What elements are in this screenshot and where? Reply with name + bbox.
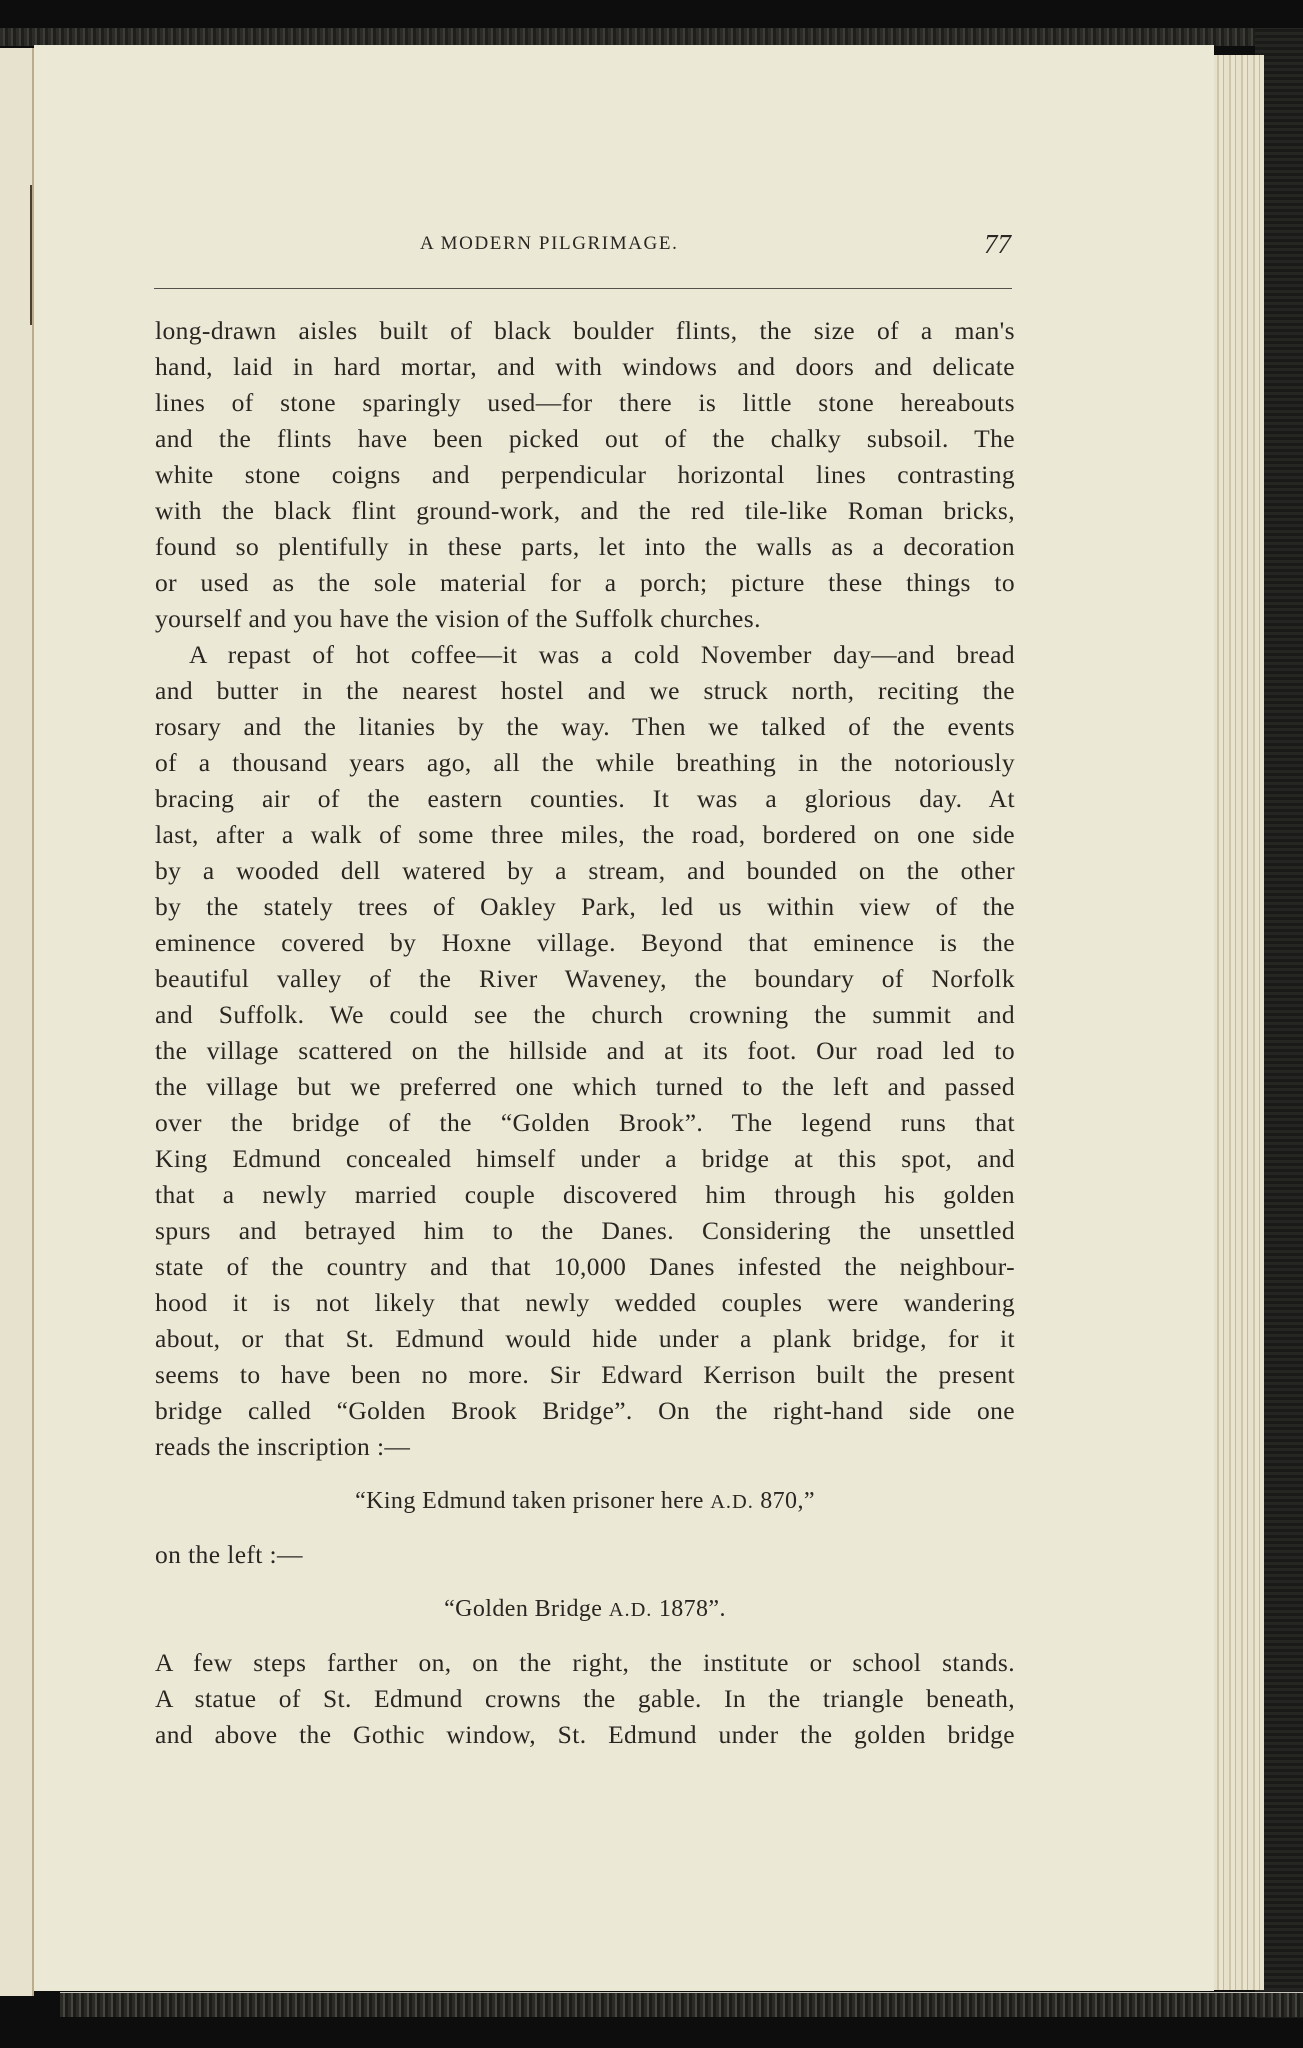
text-line: with the black flint ground-work, and th… <box>155 493 1015 529</box>
paragraph-2: A repast of hot coffee—it was a cold Nov… <box>155 637 1015 1465</box>
spacer <box>155 1573 1015 1591</box>
text-line: lines of stone sparingly used—for there … <box>155 385 1015 421</box>
text-line: and above the Gothic window, St. Edmund … <box>155 1717 1015 1753</box>
text-line: hand, laid in hard mortar, and with wind… <box>155 349 1015 385</box>
text-line: over the bridge of the “Golden Brook”. T… <box>155 1105 1015 1141</box>
text-line: rosary and the litanies by the way. Then… <box>155 709 1015 745</box>
text-line: the village but we preferred one which t… <box>155 1069 1015 1105</box>
text-line: A repast of hot coffee—it was a cold Nov… <box>155 637 1015 673</box>
text-line: state of the country and that 10,000 Dan… <box>155 1249 1015 1285</box>
text-line: long-drawn aisles built of black boulder… <box>155 313 1015 349</box>
text-line: reads the inscription :— <box>155 1429 1015 1465</box>
inscription-era: A.D. <box>609 1599 653 1621</box>
text-line: white stone coigns and perpendicular hor… <box>155 457 1015 493</box>
text-line: and Suffolk. We could see the church cro… <box>155 997 1015 1033</box>
text-line: of a thousand years ago, all the while b… <box>155 745 1015 781</box>
spacer <box>155 1627 1015 1645</box>
inscription-left: “Golden Bridge A.D. 1878”. <box>155 1591 1015 1627</box>
text-line: spurs and betrayed him to the Danes. Con… <box>155 1213 1015 1249</box>
spine-gutter <box>30 185 32 325</box>
text-line: on the left :— <box>155 1537 1015 1573</box>
text-line: beautiful valley of the River Waveney, t… <box>155 961 1015 997</box>
book-cover-top-edge <box>0 28 1270 46</box>
inscription-right: “King Edmund taken prisoner here A.D. 87… <box>155 1483 1015 1519</box>
text-line: by the stately trees of Oakley Park, led… <box>155 889 1015 925</box>
text-line: A few steps farther on, on the right, th… <box>155 1645 1015 1681</box>
body-text: long-drawn aisles built of black boulder… <box>155 313 1015 1753</box>
text-line: yourself and you have the vision of the … <box>155 601 1015 637</box>
paragraph-3: A few steps farther on, on the right, th… <box>155 1645 1015 1753</box>
text-line: bracing air of the eastern counties. It … <box>155 781 1015 817</box>
inscription-text: “Golden Bridge <box>444 1596 602 1622</box>
spacer <box>155 1465 1015 1483</box>
text-line: bridge called “Golden Brook Bridge”. On … <box>155 1393 1015 1429</box>
header-rule <box>154 288 1012 289</box>
inscription-text: “King Edmund taken prisoner here <box>355 1488 704 1514</box>
text-line: hood it is not likely that newly wedded … <box>155 1285 1015 1321</box>
book-page: A MODERN PILGRIMAGE. 77 long-drawn aisle… <box>34 45 1214 1991</box>
text-line: found so plentifully in these parts, let… <box>155 529 1015 565</box>
page-number: 77 <box>984 229 1011 260</box>
text-line: eminence covered by Hoxne village. Beyon… <box>155 925 1015 961</box>
text-line: A statue of St. Edmund crowns the gable.… <box>155 1681 1015 1717</box>
facing-page-sliver <box>0 48 34 1996</box>
inscription-era: A.D. <box>710 1491 754 1513</box>
spacer <box>155 1519 1015 1537</box>
running-title: A MODERN PILGRIMAGE. <box>420 233 678 255</box>
text-line: seems to have been no more. Sir Edward K… <box>155 1357 1015 1393</box>
running-head: A MODERN PILGRIMAGE. 77 <box>34 233 1214 273</box>
text-line: that a newly married couple discovered h… <box>155 1177 1015 1213</box>
text-line: or used as the sole material for a porch… <box>155 565 1015 601</box>
text-line: by a wooded dell watered by a stream, an… <box>155 853 1015 889</box>
text-line: about, or that St. Edmund would hide und… <box>155 1321 1015 1357</box>
inscription-year: 870,” <box>760 1488 815 1514</box>
page-stack-edges <box>1212 55 1264 1990</box>
text-line: and the flints have been picked out of t… <box>155 421 1015 457</box>
inscription-year: 1878”. <box>659 1596 726 1622</box>
text-line: the village scattered on the hillside an… <box>155 1033 1015 1069</box>
text-line: last, after a walk of some three miles, … <box>155 817 1015 853</box>
book-cover-bottom-edge <box>60 1992 1303 2017</box>
text-line: King Edmund concealed himself under a br… <box>155 1141 1015 1177</box>
paragraph-1: long-drawn aisles built of black boulder… <box>155 313 1015 637</box>
text-line: and butter in the nearest hostel and we … <box>155 673 1015 709</box>
